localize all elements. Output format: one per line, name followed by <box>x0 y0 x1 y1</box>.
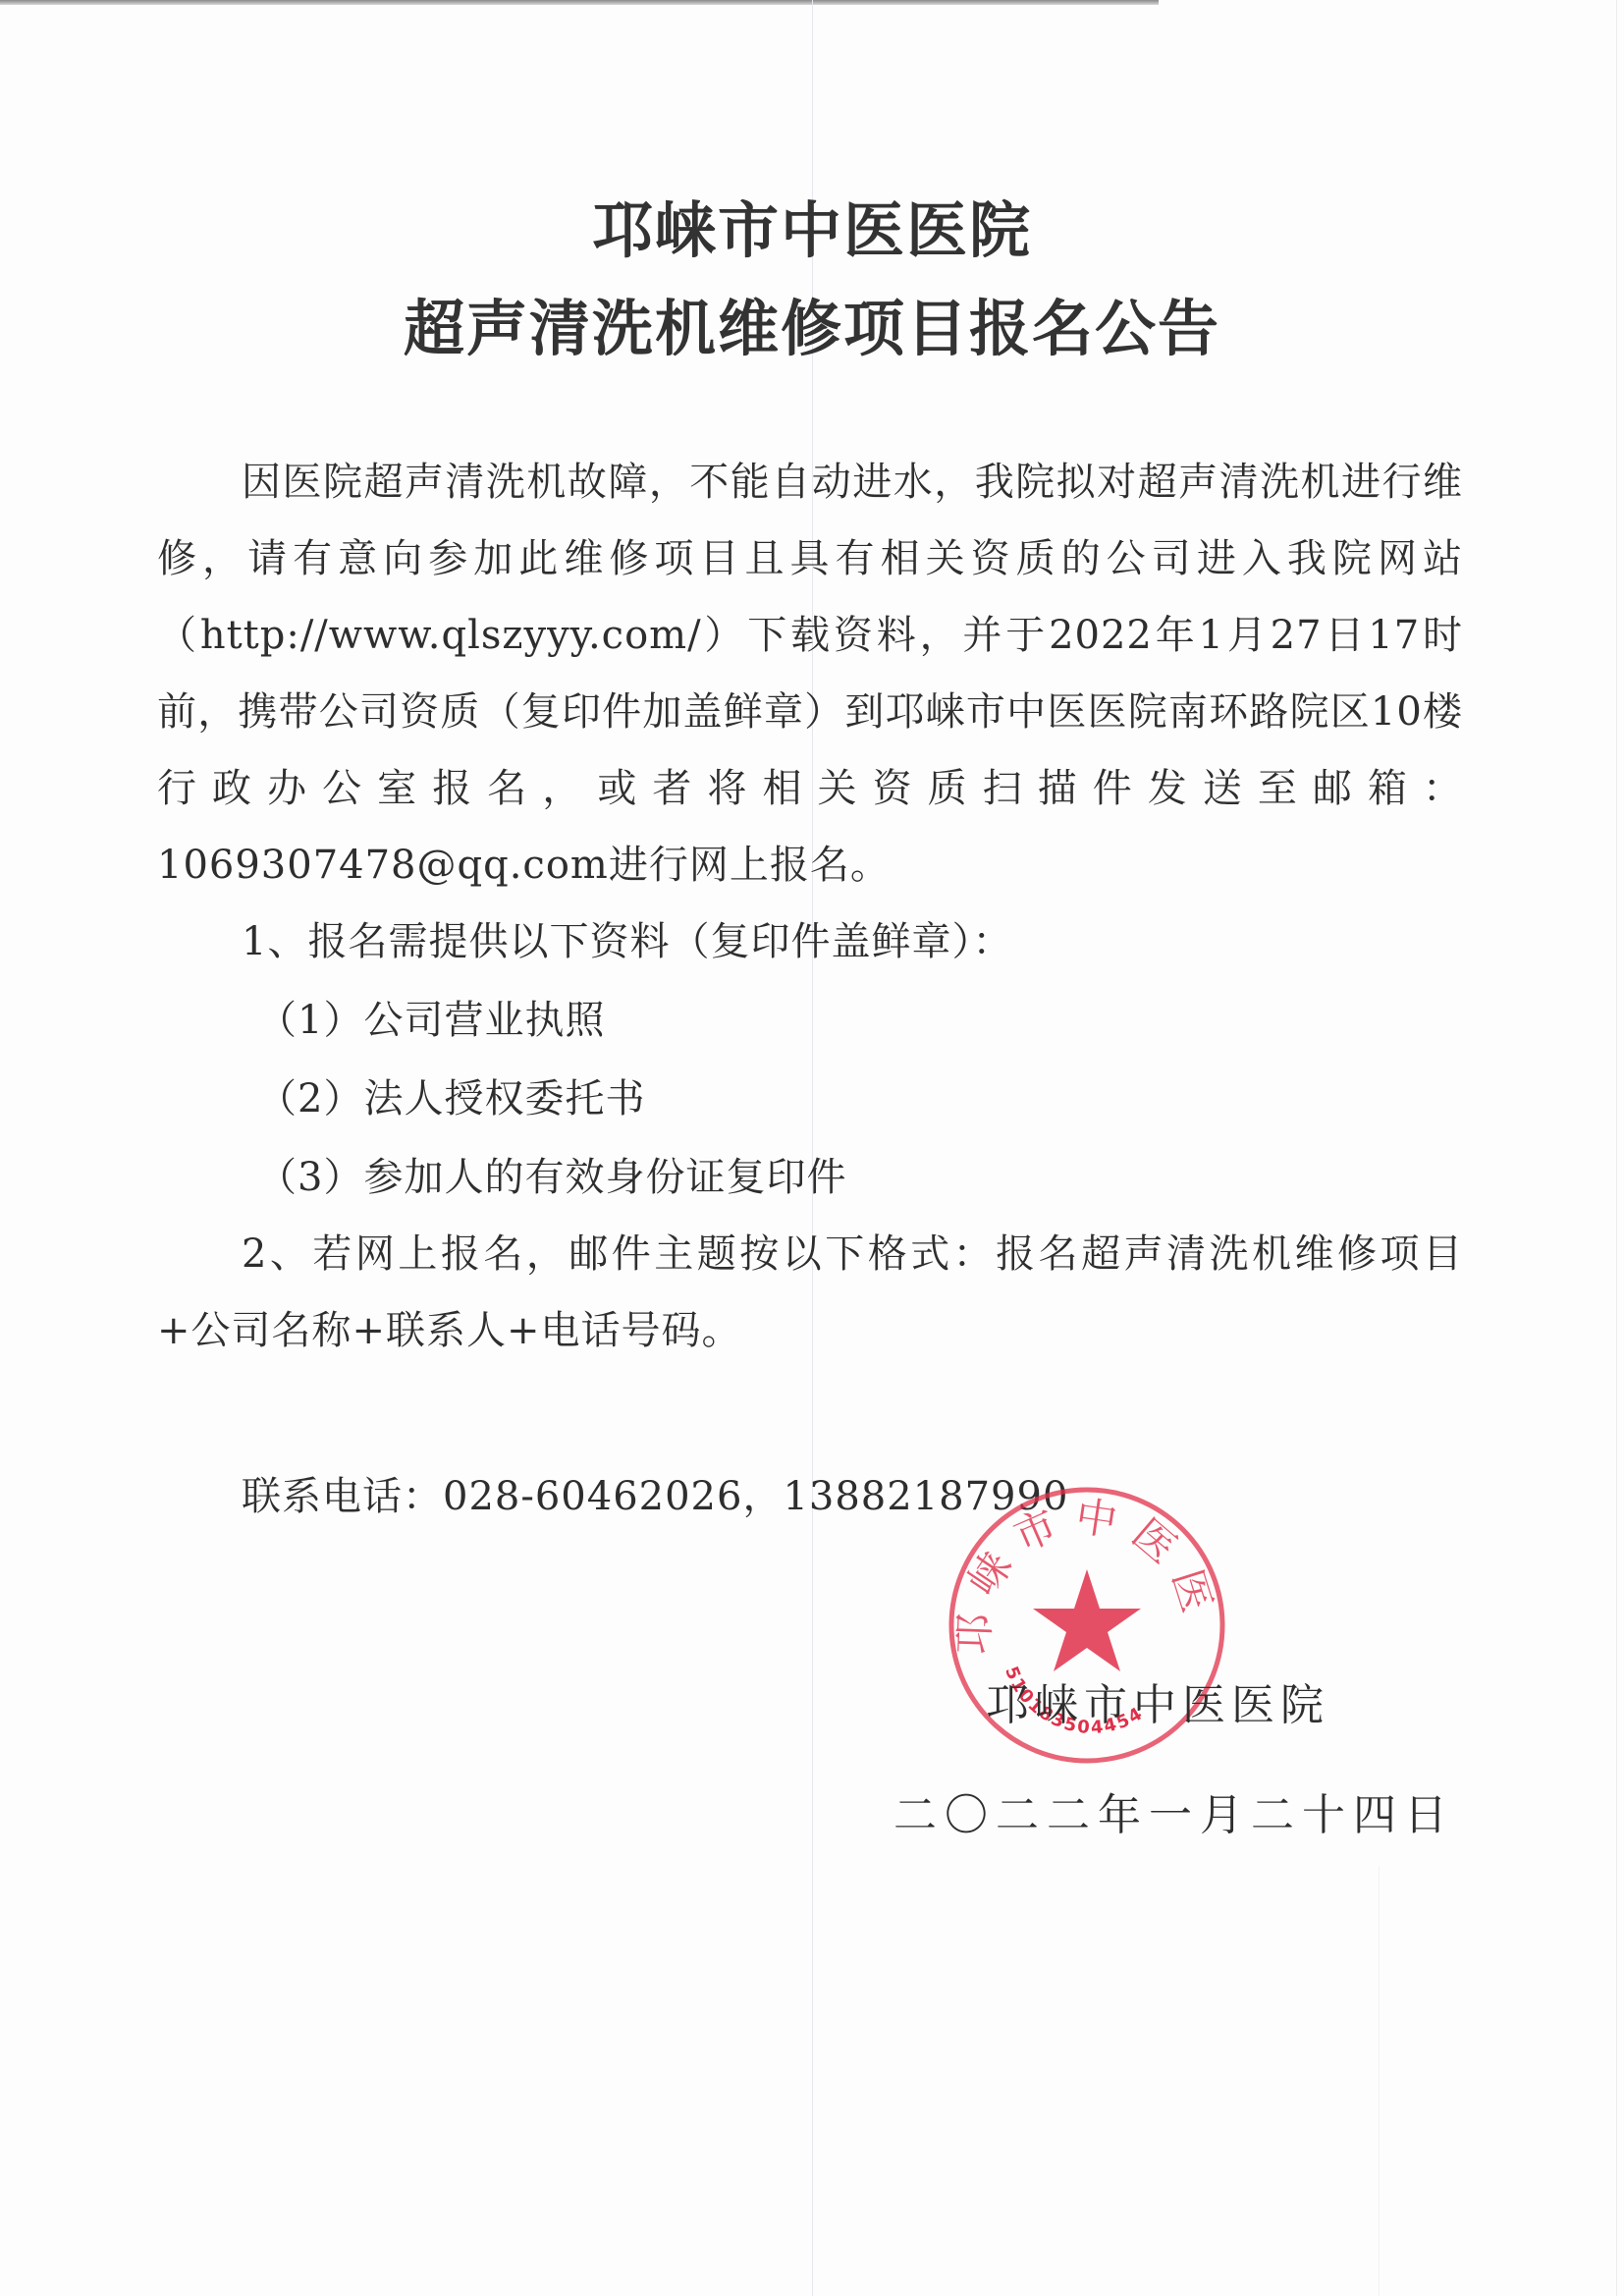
page-edge-faint <box>1379 1866 1380 2296</box>
title-organization: 邛崃市中医医院 <box>0 182 1624 269</box>
issue-date: 二〇二二年一月二十四日 <box>893 1779 1455 1842</box>
requirements-heading: 1、报名需提供以下资料（复印件盖鲜章）： <box>242 903 1012 980</box>
requirement-item: （3）参加人的有效身份证复印件 <box>257 1139 846 1216</box>
requirement-item: （2）法人授权委托书 <box>257 1061 645 1137</box>
signer-organization: 邛崃市中医医院 <box>986 1669 1329 1732</box>
paragraph-online-registration: 2、若网上报名，邮件主题按以下格式：报名超声清洗机维修项目+公司名称+联系人+电… <box>157 1216 1463 1369</box>
requirement-item: （1）公司营业执照 <box>257 982 605 1059</box>
document-page: 邛崃市中医医院 超声清洗机维修项目报名公告 因医院超声清洗机故障，不能自动进水，… <box>0 0 1624 2296</box>
title-notice: 超声清洗机维修项目报名公告 <box>0 280 1624 367</box>
scan-edge <box>0 0 1159 5</box>
paragraph-intro: 因医院超声清洗机故障，不能自动进水，我院拟对超声清洗机进行维修，请有意向参加此维… <box>157 444 1463 903</box>
